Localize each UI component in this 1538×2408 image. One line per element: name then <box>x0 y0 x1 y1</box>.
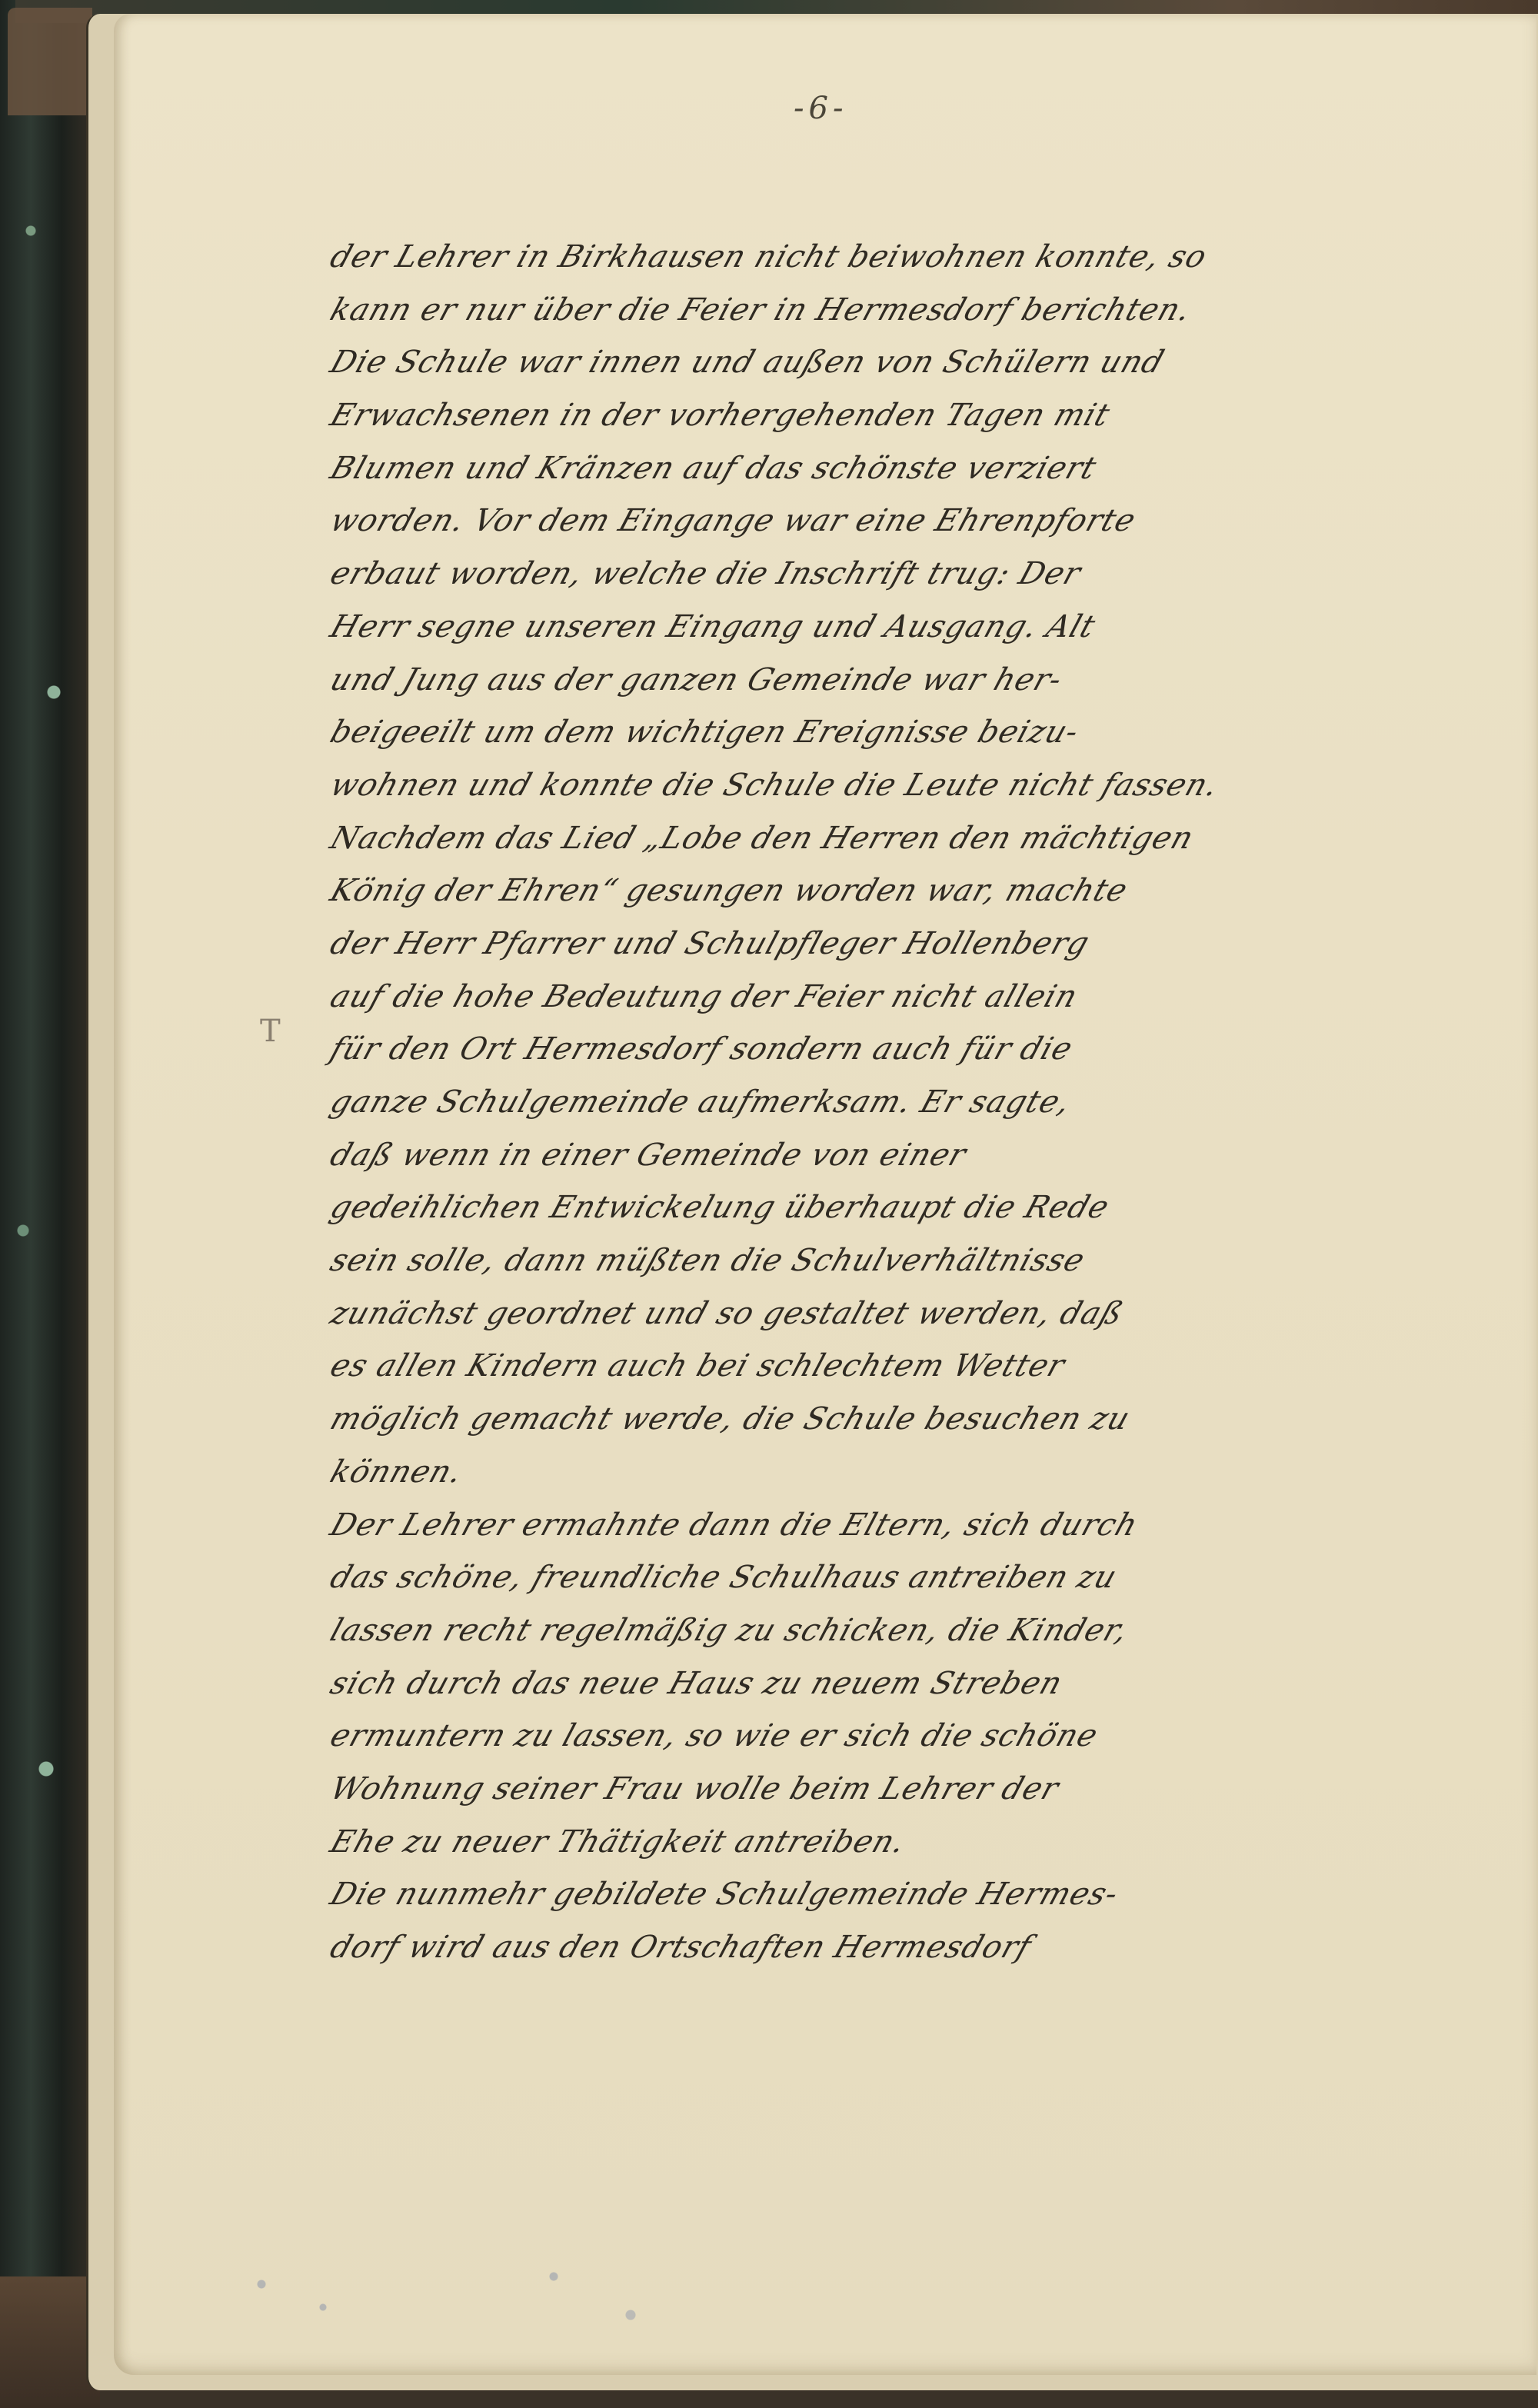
text-line: Wohnung seiner Frau wolle beim Lehrer de… <box>323 1763 1538 1816</box>
text-line: sein solle, dann müßten die Schulverhält… <box>323 1234 1538 1287</box>
text-line: gedeihlichen Entwickelung überhaupt die … <box>323 1181 1538 1234</box>
text-line: beigeeilt um dem wichtigen Ereignisse be… <box>323 706 1538 759</box>
text-line: Ehe zu neuer Thätigkeit antreiben. <box>323 1816 1538 1869</box>
margin-pencil-mark: T <box>260 1014 281 1049</box>
text-line: es allen Kindern auch bei schlechtem Wet… <box>323 1340 1538 1393</box>
text-line: auf die hohe Bedeutung der Feier nicht a… <box>323 971 1538 1024</box>
text-line: worden. Vor dem Eingange war eine Ehrenp… <box>323 495 1538 548</box>
text-line: ganze Schulgemeinde aufmerksam. Er sagte… <box>323 1076 1538 1129</box>
text-line: daß wenn in einer Gemeinde von einer <box>323 1129 1538 1182</box>
ink-stains-bottom <box>231 2253 769 2353</box>
text-line: Der Lehrer ermahnte dann die Eltern, sic… <box>323 1499 1538 1552</box>
text-line: ermuntern zu lassen, so wie er sich die … <box>323 1710 1538 1763</box>
text-line: zunächst geordnet und so gestaltet werde… <box>323 1287 1538 1341</box>
text-line: wohnen und konnte die Schule die Leute n… <box>323 759 1538 812</box>
text-line: kann er nur über die Feier in Hermesdorf… <box>323 284 1538 337</box>
leather-corner-top-left <box>8 8 92 115</box>
text-line: Herr segne unseren Eingang und Ausgang. … <box>323 601 1538 654</box>
text-line: möglich gemacht werde, die Schule besuch… <box>323 1393 1538 1446</box>
text-line: für den Ort Hermesdorf sondern auch für … <box>323 1023 1538 1076</box>
handwritten-text-block: der Lehrer in Birkhausen nicht beiwohnen… <box>323 231 1530 1974</box>
text-line: erbaut worden, welche die Inschrift trug… <box>323 548 1538 601</box>
text-line: können. <box>323 1446 1538 1499</box>
text-line: Blumen und Kränzen auf das schönste verz… <box>323 442 1538 495</box>
text-line: Nachdem das Lied „Lobe den Herren den mä… <box>323 812 1538 865</box>
text-line: der Lehrer in Birkhausen nicht beiwohnen… <box>323 231 1538 284</box>
text-line: das schöne, freundliche Schulhaus antrei… <box>323 1551 1538 1604</box>
text-line: dorf wird aus den Ortschaften Hermesdorf <box>323 1921 1538 1974</box>
text-line: und Jung aus der ganzen Gemeinde war her… <box>323 654 1538 707</box>
text-line: lassen recht regelmäßig zu schicken, die… <box>323 1604 1538 1657</box>
leather-corner-bottom-left <box>0 2276 100 2408</box>
text-line: sich durch das neue Haus zu neuem Strebe… <box>323 1657 1538 1710</box>
text-line: Die nunmehr gebildete Schulgemeinde Herm… <box>323 1868 1538 1921</box>
text-line: der Herr Pfarrer und Schulpfleger Hollen… <box>323 918 1538 971</box>
text-line: Erwachsenen in der vorhergehenden Tagen … <box>323 389 1538 442</box>
text-line: Die Schule war innen und außen von Schül… <box>323 336 1538 389</box>
page-number: -6- <box>794 91 847 126</box>
text-line: König der Ehren“ gesungen worden war, ma… <box>323 864 1538 918</box>
